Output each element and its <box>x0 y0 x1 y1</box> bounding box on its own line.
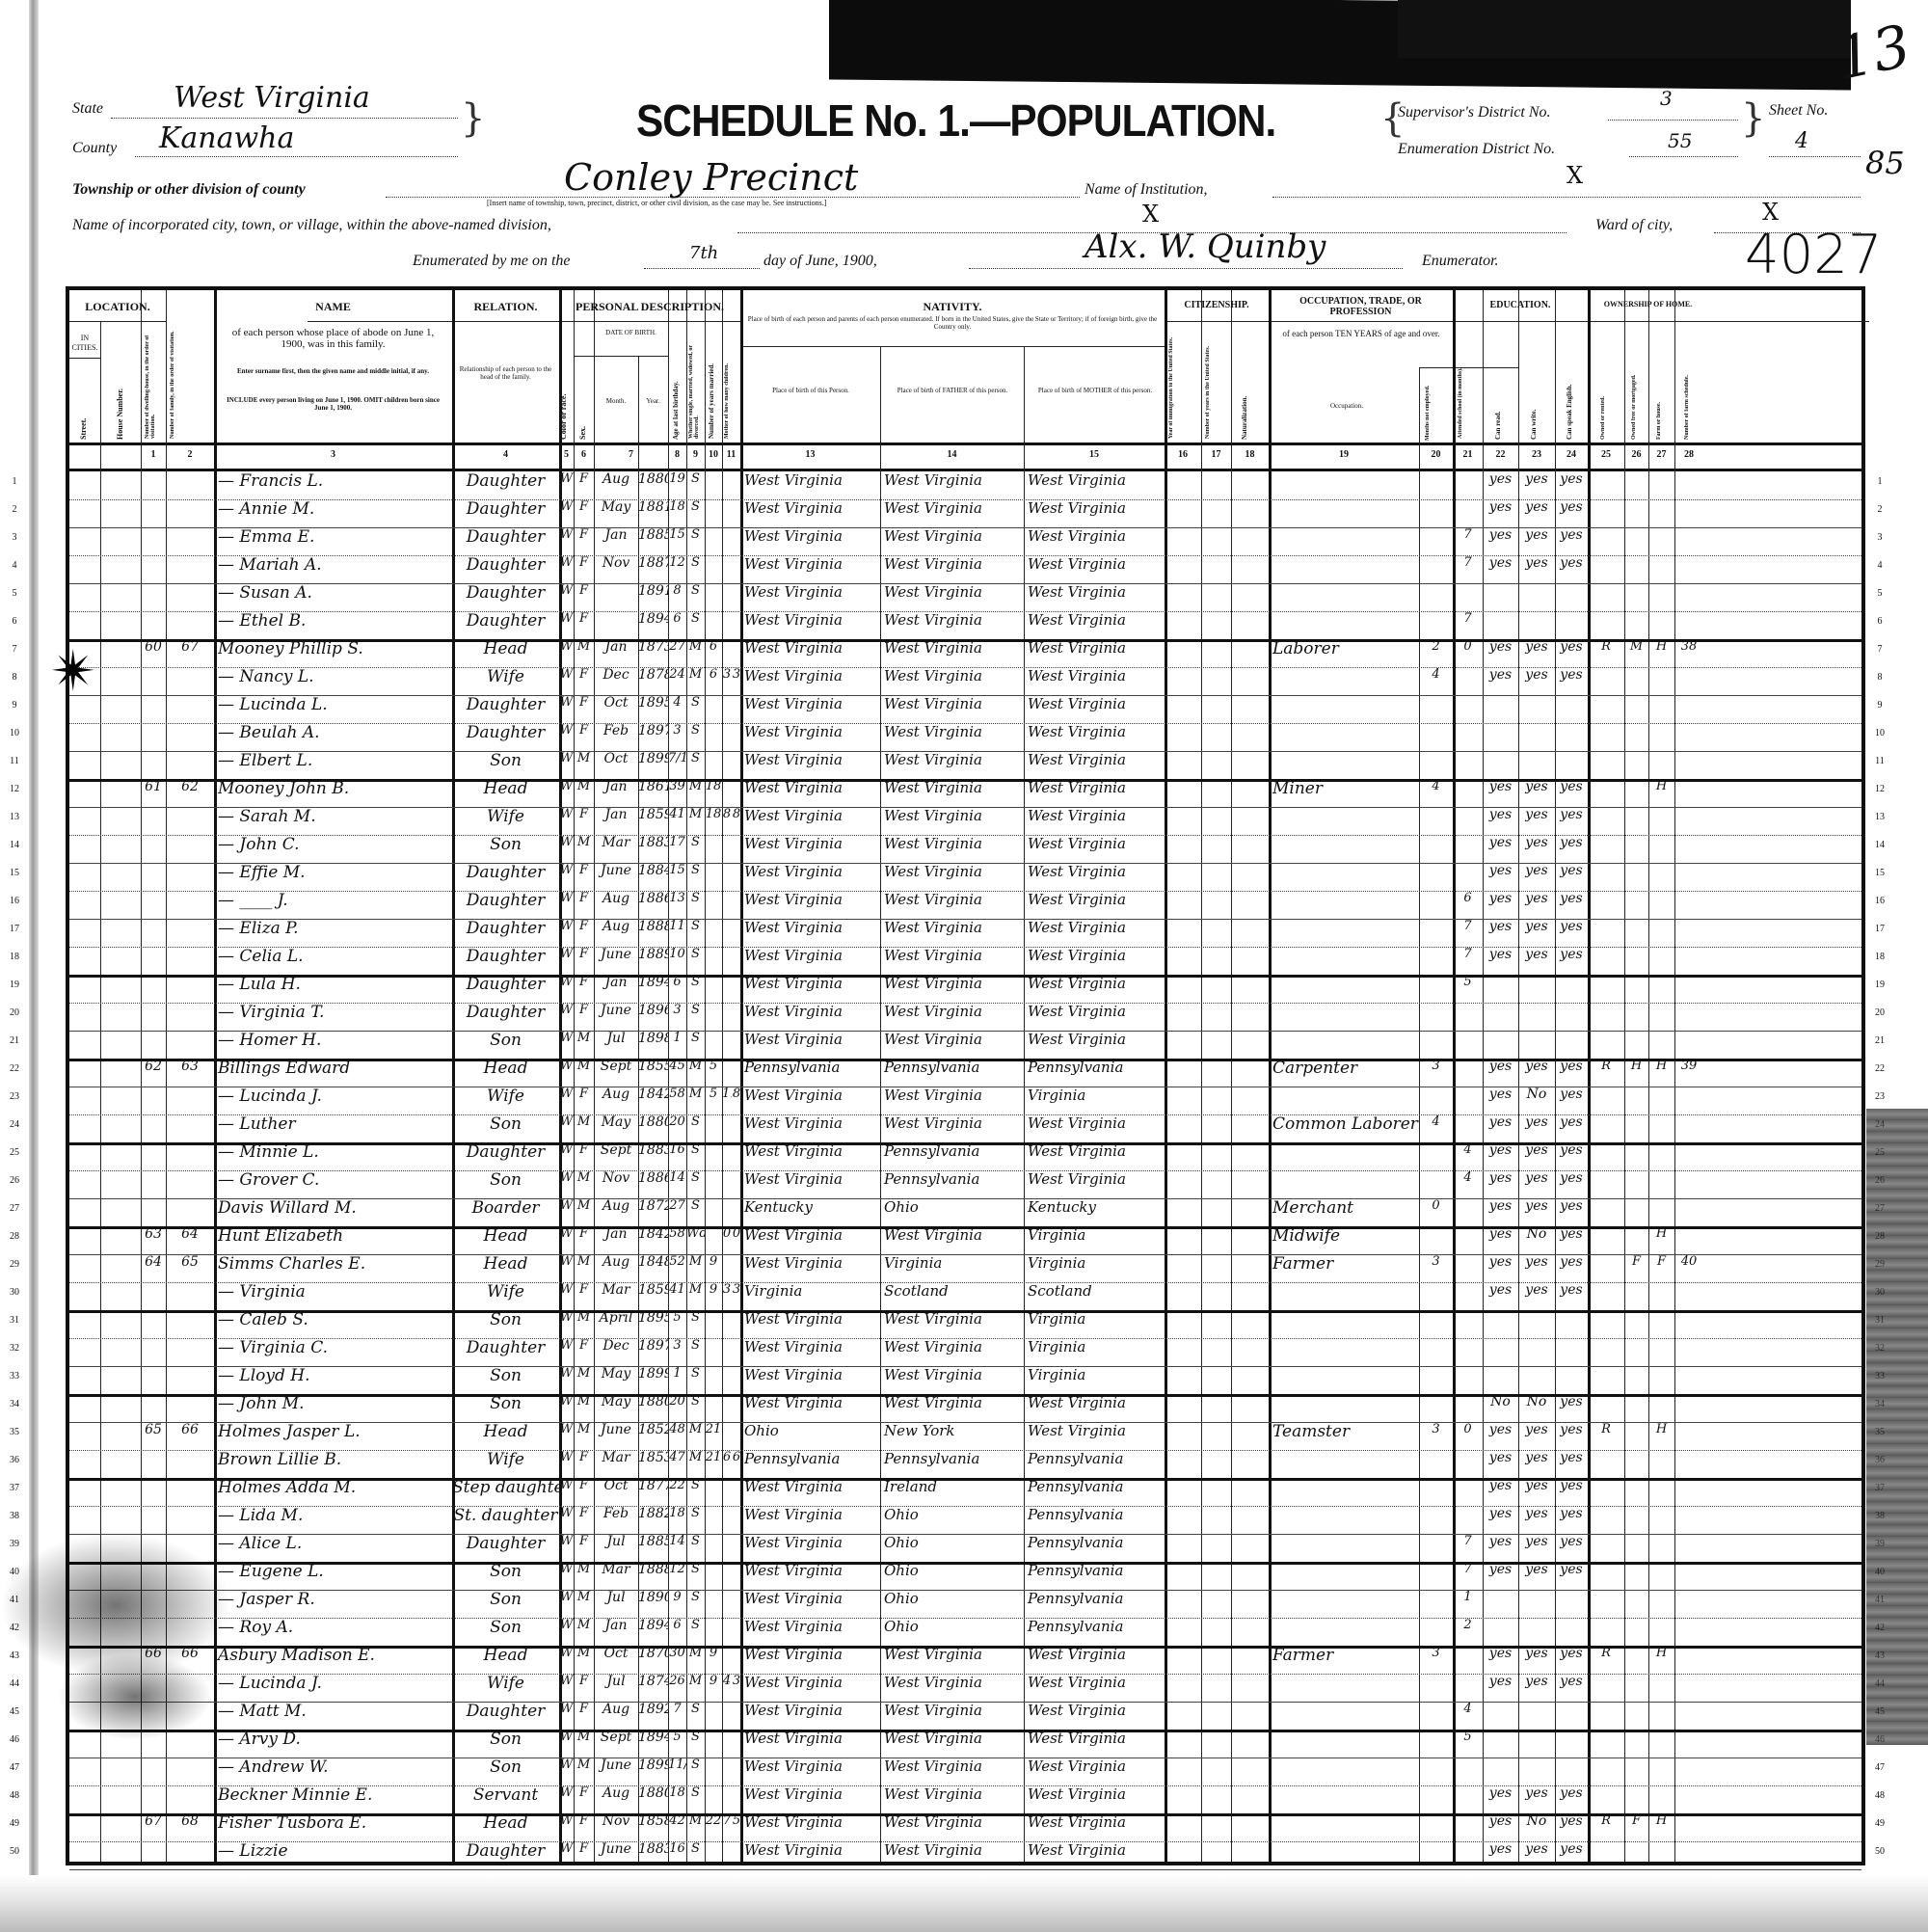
cell-sex: M <box>574 1394 594 1422</box>
name-desc: of each person whose place of abode on J… <box>224 327 442 350</box>
row-number: 9 <box>1870 700 1889 711</box>
cell-color: W <box>559 835 574 863</box>
cell-year: 1886 <box>638 1170 668 1198</box>
cell-fs <box>1674 527 1703 555</box>
table-row: — Eugene L.SonWMMar188812SWest VirginiaO… <box>69 1562 1861 1591</box>
cell-month: Mar <box>594 1450 638 1478</box>
cell-occ <box>1269 1450 1423 1478</box>
cell-occ <box>1269 555 1423 583</box>
cell-dw: 60 <box>141 639 166 667</box>
cell-fam <box>166 667 214 695</box>
cell-own <box>1588 1534 1624 1562</box>
cell-name: Brown Lillie B. <box>214 1450 456 1478</box>
cell-age: 20 <box>668 1114 686 1142</box>
cell-color: W <box>559 1534 574 1562</box>
cell-mu <box>1419 863 1453 891</box>
cell-occ <box>1269 751 1423 779</box>
cell-fm <box>1624 751 1648 779</box>
cell-pobf: West Virginia <box>880 1394 1028 1422</box>
cell-write: yes <box>1518 471 1555 499</box>
cell-color: W <box>559 1785 574 1813</box>
cell-fh <box>1648 1506 1674 1534</box>
row-number: 18 <box>1870 952 1889 962</box>
cell-pobf: Ohio <box>880 1590 1028 1618</box>
cell-month <box>594 611 638 639</box>
cell-month: Feb <box>594 723 638 751</box>
cell-year: 1894 <box>638 1730 668 1758</box>
cell-fh <box>1648 919 1674 947</box>
cell-dw <box>141 1087 166 1114</box>
cell-name: Fisher Tusbora E. <box>214 1813 456 1841</box>
cell-ym <box>705 1142 722 1170</box>
cell-pobf: West Virginia <box>880 723 1028 751</box>
cell-year: 1899 <box>638 1758 668 1785</box>
cell-age: 3 <box>668 1003 686 1031</box>
cell-fh <box>1648 1003 1674 1031</box>
cell-dw <box>141 1003 166 1031</box>
table-row: — Lucinda J.WifeWFAug184258M5118West Vir… <box>69 1087 1861 1115</box>
supervisor-label: Supervisor's District No. <box>1398 104 1551 121</box>
cell-moth <box>722 1170 732 1198</box>
cell-pobm: West Virginia <box>1024 1841 1168 1869</box>
row-number: 21 <box>1870 1035 1889 1046</box>
cell-month: Jan <box>594 779 638 807</box>
table-row: — Nancy L.WifeWFDec187824M633West Virgin… <box>69 667 1861 696</box>
cell-color: W <box>559 1226 574 1254</box>
cell-write: yes <box>1518 1534 1555 1562</box>
cell-own <box>1588 1394 1624 1422</box>
cell-rel: Head <box>452 1226 559 1254</box>
cell-pobf: Scotland <box>880 1282 1028 1310</box>
immigration-header: Year of immigration to the United States… <box>1168 325 1197 439</box>
cell-write: yes <box>1518 919 1555 947</box>
cell-ym <box>705 583 722 611</box>
cell-fs <box>1674 1170 1703 1198</box>
cell-fm <box>1624 555 1648 583</box>
cell-year: 1842 <box>638 1087 668 1114</box>
row-number-left: 7 <box>5 644 24 655</box>
cell-speak: yes <box>1555 1562 1588 1590</box>
cell-pobm: West Virginia <box>1024 1785 1168 1813</box>
cell-fh <box>1648 1031 1674 1059</box>
cell-pobm: West Virginia <box>1024 1813 1168 1841</box>
cell-moth <box>722 1730 732 1758</box>
cell-fh <box>1648 1394 1674 1422</box>
cell-month: May <box>594 1394 638 1422</box>
row-number-left: 2 <box>5 504 24 515</box>
cell-mu <box>1419 1730 1453 1758</box>
cell-occ <box>1269 1730 1423 1758</box>
cell-month: Nov <box>594 1813 638 1841</box>
cell-fs: 38 <box>1674 639 1703 667</box>
cell-moth <box>722 863 732 891</box>
cell-rel: Son <box>452 751 559 779</box>
cell-sex: F <box>574 723 594 751</box>
cell-write: yes <box>1518 499 1555 527</box>
cell-color: W <box>559 1506 574 1534</box>
cell-pob: West Virginia <box>740 1590 884 1618</box>
cell-speak: yes <box>1555 555 1588 583</box>
cell-read: yes <box>1483 1674 1518 1702</box>
cell-fam <box>166 1338 214 1366</box>
cell-fam: 64 <box>166 1226 214 1254</box>
cell-pobf: West Virginia <box>880 555 1028 583</box>
cell-own: R <box>1588 1646 1624 1674</box>
cell-sch <box>1453 1366 1483 1394</box>
cell-fam: 68 <box>166 1813 214 1841</box>
cell-pobm: Pennsylvania <box>1024 1618 1168 1646</box>
row-number-left: 15 <box>5 868 24 878</box>
column-number-27: 27 <box>1648 449 1674 460</box>
cell-sex: F <box>574 499 594 527</box>
cell-sch <box>1453 1226 1483 1254</box>
cell-mu <box>1419 975 1453 1003</box>
cell-fs: 40 <box>1674 1254 1703 1282</box>
cell-name: — Eugene L. <box>214 1562 456 1590</box>
cell-age: 13 <box>668 891 686 919</box>
cell-fs <box>1674 499 1703 527</box>
cell-sex: M <box>574 835 594 863</box>
cell-year: 1859 <box>638 807 668 835</box>
cell-read: yes <box>1483 1059 1518 1087</box>
cell-fh <box>1648 1618 1674 1646</box>
city-value: X <box>1142 201 1159 228</box>
row-number-left: 22 <box>5 1063 24 1074</box>
cell-pob: West Virginia <box>740 583 884 611</box>
cell-fm <box>1624 1450 1648 1478</box>
cell-rel: Son <box>452 1310 559 1338</box>
cell-write <box>1518 1003 1555 1031</box>
cell-dw: 67 <box>141 1813 166 1841</box>
cell-year: 1891 <box>638 583 668 611</box>
cell-read: yes <box>1483 835 1518 863</box>
cell-color: W <box>559 1310 574 1338</box>
cell-dw <box>141 947 166 975</box>
cell-pobf: West Virginia <box>880 1841 1028 1869</box>
cell-moth <box>722 1198 732 1226</box>
cell-sex: M <box>574 1618 594 1646</box>
cell-speak: yes <box>1555 1198 1588 1226</box>
cell-fm <box>1624 471 1648 499</box>
county-line <box>135 156 458 157</box>
cell-fam <box>166 1142 214 1170</box>
cell-speak: yes <box>1555 835 1588 863</box>
cell-fh: H <box>1648 1813 1674 1841</box>
row-number: 17 <box>1870 924 1889 934</box>
cell-sch: 7 <box>1453 1562 1483 1590</box>
cell-age: 22 <box>668 1478 686 1506</box>
cell-month: Mar <box>594 835 638 863</box>
cell-moth <box>722 1422 732 1450</box>
row-number-left: 49 <box>5 1818 24 1829</box>
table-row: — Lloyd H.SonWMMay18991SWest VirginiaWes… <box>69 1366 1861 1397</box>
cell-read: yes <box>1483 1450 1518 1478</box>
cell-own: R <box>1588 639 1624 667</box>
cell-fh <box>1648 527 1674 555</box>
cell-fam <box>166 1366 214 1394</box>
age-header: Age at last birthday. <box>672 329 680 440</box>
cell-occ: Farmer <box>1269 1646 1423 1674</box>
cell-speak <box>1555 1031 1588 1059</box>
cell-speak: yes <box>1555 1646 1588 1674</box>
cell-mu <box>1419 1003 1453 1031</box>
cell-year: 1855 <box>638 1059 668 1087</box>
cell-fm <box>1624 1618 1648 1646</box>
cell-write <box>1518 751 1555 779</box>
cell-mu <box>1419 1394 1453 1422</box>
cell-ym: 6 <box>705 667 722 695</box>
cell-fam <box>166 919 214 947</box>
institution-line <box>1272 197 1861 198</box>
cell-fm <box>1624 1366 1648 1394</box>
state-value: West Virginia <box>174 81 370 115</box>
cell-sch <box>1453 667 1483 695</box>
row-number-left: 48 <box>5 1790 24 1801</box>
cell-month: May <box>594 1114 638 1142</box>
cell-rel: Son <box>452 1366 559 1394</box>
farm-house-header: Farm or house. <box>1656 329 1662 440</box>
cell-read: yes <box>1483 499 1518 527</box>
cell-moth <box>722 499 732 527</box>
row-number-left: 36 <box>5 1455 24 1465</box>
table-row: — Virginia T.DaughterWFJune18963SWest Vi… <box>69 1003 1861 1032</box>
cell-pob: West Virginia <box>740 1730 884 1758</box>
table-row: Holmes Adda M.Step daughterWFOct187722SW… <box>69 1478 1861 1507</box>
cell-fh: H <box>1648 779 1674 807</box>
cell-year: 1858 <box>638 1813 668 1841</box>
cell-pobm: Kentucky <box>1024 1198 1168 1226</box>
cell-year: 1874 <box>638 1674 668 1702</box>
cell-sex: F <box>574 1506 594 1534</box>
cell-year: 1853 <box>638 1450 668 1478</box>
cell-fs <box>1674 1087 1703 1114</box>
cell-rel: Servant <box>452 1785 559 1813</box>
table-row: 6263Billings EdwardHeadWMSept185545M5Pen… <box>69 1059 1861 1087</box>
cell-pob: West Virginia <box>740 947 884 975</box>
column-number-11: 11 <box>722 449 740 460</box>
cell-age: 7/12 <box>668 751 686 779</box>
cell-mar: S <box>686 1114 705 1142</box>
cell-color: W <box>559 1031 574 1059</box>
cell-occ: Miner <box>1269 779 1423 807</box>
cell-pobf: West Virginia <box>880 527 1028 555</box>
cell-speak: yes <box>1555 1226 1588 1254</box>
cell-fs <box>1674 471 1703 499</box>
cell-rel: Daughter <box>452 863 559 891</box>
cell-fam <box>166 1841 214 1869</box>
cell-pobm: West Virginia <box>1024 1031 1168 1059</box>
cell-rel: Boarder <box>452 1198 559 1226</box>
column-number-20: 20 <box>1419 449 1453 460</box>
cell-fh <box>1648 1282 1674 1310</box>
cell-ym <box>705 1003 722 1031</box>
cell-mar: S <box>686 1758 705 1785</box>
cell-color: W <box>559 723 574 751</box>
row-number-left: 16 <box>5 896 24 906</box>
owned-rented-header: Owned or rented. <box>1600 329 1606 440</box>
cell-fam <box>166 1785 214 1813</box>
cell-sch <box>1453 1450 1483 1478</box>
cell-name: Asbury Madison E. <box>214 1646 456 1674</box>
cell-mu <box>1419 1785 1453 1813</box>
cell-mar: S <box>686 1702 705 1730</box>
sheet-line <box>1769 156 1861 157</box>
cell-pob: West Virginia <box>740 527 884 555</box>
can-speak-header: Can speak English. <box>1566 329 1573 440</box>
cell-read: yes <box>1483 1785 1518 1813</box>
cell-mar: M <box>686 1674 705 1702</box>
cell-pobm: Scotland <box>1024 1282 1168 1310</box>
cell-age: 27 <box>668 1198 686 1226</box>
cell-rel: Head <box>452 1254 559 1282</box>
column-number-4: 4 <box>452 449 559 460</box>
cell-mu <box>1419 1087 1453 1114</box>
row-number-left: 37 <box>5 1483 24 1493</box>
cell-name: — Ethel B. <box>214 611 456 639</box>
cell-read: yes <box>1483 1534 1518 1562</box>
cell-moth: 7 <box>722 1813 732 1841</box>
cell-write <box>1518 695 1555 723</box>
cell-rel: Son <box>452 1562 559 1590</box>
cell-sch <box>1453 751 1483 779</box>
cell-month: Jan <box>594 639 638 667</box>
cell-own <box>1588 891 1624 919</box>
cell-fm <box>1624 863 1648 891</box>
cell-occ <box>1269 1758 1423 1785</box>
cell-sex: F <box>574 1338 594 1366</box>
cell-speak: yes <box>1555 1142 1588 1170</box>
column-number-1: 1 <box>141 449 166 460</box>
cell-month: Aug <box>594 919 638 947</box>
cell-fam <box>166 1087 214 1114</box>
cell-mu: 2 <box>1419 639 1453 667</box>
cell-mar: M <box>686 667 705 695</box>
cell-own <box>1588 1142 1624 1170</box>
cell-name: — Virginia T. <box>214 1003 456 1031</box>
cell-own <box>1588 947 1624 975</box>
cell-pobm: West Virginia <box>1024 1114 1168 1142</box>
cell-age: 18 <box>668 1506 686 1534</box>
cell-fm <box>1624 1702 1648 1730</box>
row-number-left: 25 <box>5 1147 24 1158</box>
cell-fs <box>1674 1226 1703 1254</box>
cell-speak: yes <box>1555 1254 1588 1282</box>
cell-ym: 5 <box>705 1059 722 1087</box>
cell-mar: M <box>686 1813 705 1841</box>
cell-year: 1894 <box>638 1618 668 1646</box>
cell-fh <box>1648 1562 1674 1590</box>
table-row: — LutherSonWMMay188020SWest VirginiaWest… <box>69 1114 1861 1145</box>
cell-pobf: West Virginia <box>880 1087 1028 1114</box>
cell-speak <box>1555 1758 1588 1785</box>
cell-pobm: West Virginia <box>1024 471 1168 499</box>
cell-mar: S <box>686 751 705 779</box>
cell-fm <box>1624 1730 1648 1758</box>
cell-sex: F <box>574 975 594 1003</box>
cell-write: yes <box>1518 1142 1555 1170</box>
cell-speak <box>1555 1702 1588 1730</box>
cell-occ <box>1269 1674 1423 1702</box>
cell-month: Jan <box>594 1226 638 1254</box>
table-row: — Grover C.SonWMNov188614SWest VirginiaP… <box>69 1170 1861 1199</box>
cell-sex: M <box>574 639 594 667</box>
row-number-left: 47 <box>5 1762 24 1773</box>
cell-fh <box>1648 947 1674 975</box>
cell-color: W <box>559 919 574 947</box>
cell-mar: S <box>686 1730 705 1758</box>
cell-pobm: Virginia <box>1024 1310 1168 1338</box>
cell-mu <box>1419 1758 1453 1785</box>
stamp-number: 4027 <box>1745 224 1883 286</box>
cell-occ: Laborer <box>1269 639 1423 667</box>
cell-dw <box>141 667 166 695</box>
cell-age: 18 <box>668 499 686 527</box>
cell-pob: Ohio <box>740 1422 884 1450</box>
city-label: Name of incorporated city, town, or vill… <box>72 217 551 234</box>
cell-mu <box>1419 1170 1453 1198</box>
cell-mar: S <box>686 555 705 583</box>
cell-rel: Daughter <box>452 1142 559 1170</box>
cell-read: yes <box>1483 1646 1518 1674</box>
cell-pobm: Pennsylvania <box>1024 1059 1168 1087</box>
cell-month: Aug <box>594 891 638 919</box>
cell-sex: M <box>574 1562 594 1590</box>
cell-moth <box>722 1702 732 1730</box>
cell-own <box>1588 1562 1624 1590</box>
table-row: 6666Asbury Madison E.HeadWMOct187030M9We… <box>69 1646 1861 1675</box>
cell-fam <box>166 891 214 919</box>
cell-year: 1852 <box>638 1422 668 1450</box>
cell-dw <box>141 807 166 835</box>
cell-own <box>1588 1310 1624 1338</box>
cell-rel: Daughter <box>452 1338 559 1366</box>
cell-occ: Common Laborer <box>1269 1114 1423 1142</box>
cell-moth <box>722 1618 732 1646</box>
cell-mu <box>1419 583 1453 611</box>
relation-header: RELATION. <box>452 300 559 314</box>
cell-read: yes <box>1483 1478 1518 1506</box>
naturalization-header: Naturalization. <box>1241 329 1248 440</box>
cell-own <box>1588 471 1624 499</box>
row-number: 50 <box>1870 1846 1889 1857</box>
cell-name: — Andrew W. <box>214 1758 456 1785</box>
free-mortgaged-header: Owned free or mortgaged. <box>1631 329 1637 440</box>
row-number-left: 12 <box>5 784 24 794</box>
column-number-28: 28 <box>1674 449 1703 460</box>
cell-age: 10 <box>668 947 686 975</box>
cell-write: yes <box>1518 1059 1555 1087</box>
cell-sch: 5 <box>1453 1730 1483 1758</box>
cell-month: Nov <box>594 555 638 583</box>
cell-sex: F <box>574 947 594 975</box>
cell-ym <box>705 891 722 919</box>
column-number-5: 5 <box>559 449 574 460</box>
cell-month: April <box>594 1310 638 1338</box>
column-number-13: 13 <box>740 449 880 460</box>
row-number: 47 <box>1870 1762 1889 1773</box>
cell-speak: yes <box>1555 1813 1588 1841</box>
name-header: NAME <box>214 300 452 314</box>
table-row: — Susan A.DaughterWF18918SWest VirginiaW… <box>69 583 1861 612</box>
cell-occ <box>1269 1478 1423 1506</box>
row-number-left: 26 <box>5 1175 24 1186</box>
cell-year: 1842 <box>638 1226 668 1254</box>
cell-fm <box>1624 779 1648 807</box>
table-row: — John C.SonWMMar188317SWest VirginiaWes… <box>69 835 1861 864</box>
cell-month: Aug <box>594 471 638 499</box>
cell-fh <box>1648 751 1674 779</box>
cell-sex: F <box>574 695 594 723</box>
